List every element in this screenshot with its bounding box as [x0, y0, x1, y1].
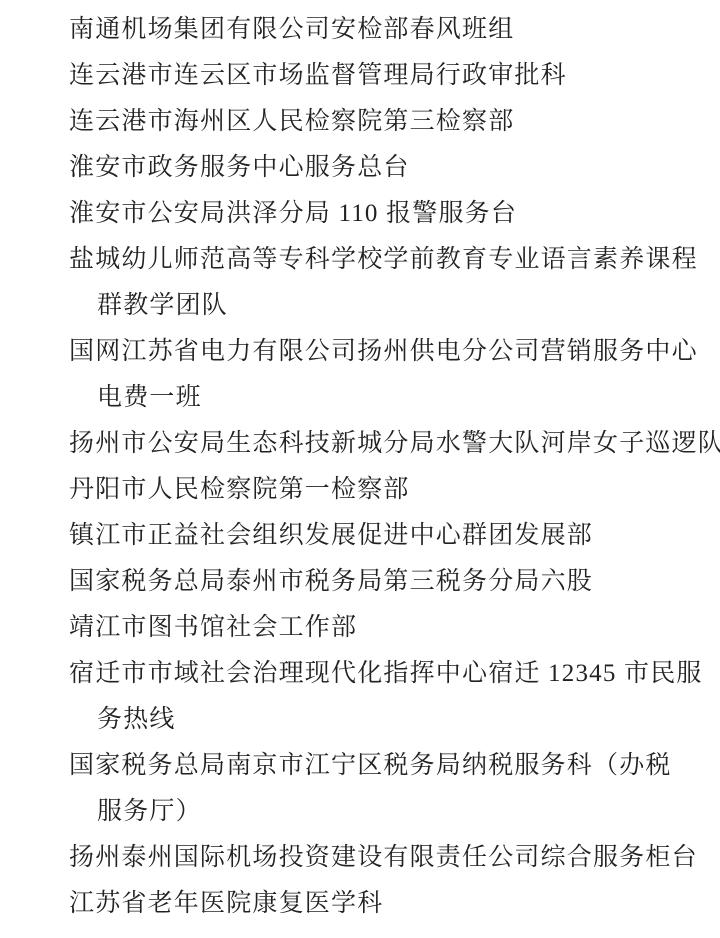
entry-line: 国家税务总局南京市江宁区税务局纳税服务科（办税 — [69, 743, 710, 789]
entry-line: 服务厅） — [97, 789, 710, 835]
entry-line: 江苏省老年医院康复医学科 — [69, 881, 710, 927]
document-page: 南通机场集团有限公司安检部春风班组连云港市连云区市场监督管理局行政审批科连云港市… — [0, 0, 720, 938]
entry-line: 丹阳市人民检察院第一检察部 — [69, 467, 710, 513]
entry: 江苏省老年医院康复医学科 — [69, 881, 710, 927]
entry-line: 宿迁市市域社会治理现代化指挥中心宿迁 12345 市民服 — [69, 651, 710, 697]
entry-line: 国家税务总局泰州市税务局第三税务分局六股 — [69, 559, 710, 605]
entry: 扬州市公安局生态科技新城分局水警大队河岸女子巡逻队 — [69, 421, 710, 467]
entry-line: 淮安市政务服务中心服务总台 — [69, 145, 710, 191]
entry: 淮安市政务服务中心服务总台 — [69, 145, 710, 191]
entry: 国家税务总局泰州市税务局第三税务分局六股 — [69, 559, 710, 605]
entry: 扬州泰州国际机场投资建设有限责任公司综合服务柜台 — [69, 835, 710, 881]
entry-line: 淮安市公安局洪泽分局 110 报警服务台 — [69, 191, 710, 237]
entry-line: 镇江市正益社会组织发展促进中心群团发展部 — [69, 513, 710, 559]
entry: 靖江市图书馆社会工作部 — [69, 605, 710, 651]
entry: 南通机场集团有限公司安检部春风班组 — [69, 7, 710, 53]
entry-line: 国网江苏省电力有限公司扬州供电分公司营销服务中心 — [69, 329, 710, 375]
entry: 连云港市连云区市场监督管理局行政审批科 — [69, 53, 710, 99]
entry: 国网江苏省电力有限公司扬州供电分公司营销服务中心电费一班 — [69, 329, 710, 421]
entry: 连云港市海州区人民检察院第三检察部 — [69, 99, 710, 145]
entry-line: 务热线 — [97, 697, 710, 743]
entry-list: 南通机场集团有限公司安检部春风班组连云港市连云区市场监督管理局行政审批科连云港市… — [69, 7, 710, 927]
entry-line: 扬州市公安局生态科技新城分局水警大队河岸女子巡逻队 — [69, 421, 710, 467]
entry: 盐城幼儿师范高等专科学校学前教育专业语言素养课程群教学团队 — [69, 237, 710, 329]
entry-line: 电费一班 — [97, 375, 710, 421]
entry: 淮安市公安局洪泽分局 110 报警服务台 — [69, 191, 710, 237]
entry-line: 靖江市图书馆社会工作部 — [69, 605, 710, 651]
entry-line: 扬州泰州国际机场投资建设有限责任公司综合服务柜台 — [69, 835, 710, 881]
entry-line: 连云港市连云区市场监督管理局行政审批科 — [69, 53, 710, 99]
entry-line: 南通机场集团有限公司安检部春风班组 — [69, 7, 710, 53]
entry: 国家税务总局南京市江宁区税务局纳税服务科（办税服务厅） — [69, 743, 710, 835]
entry-line: 盐城幼儿师范高等专科学校学前教育专业语言素养课程 — [69, 237, 710, 283]
entry: 镇江市正益社会组织发展促进中心群团发展部 — [69, 513, 710, 559]
entry-line: 群教学团队 — [97, 283, 710, 329]
entry: 丹阳市人民检察院第一检察部 — [69, 467, 710, 513]
entry-line: 连云港市海州区人民检察院第三检察部 — [69, 99, 710, 145]
entry: 宿迁市市域社会治理现代化指挥中心宿迁 12345 市民服务热线 — [69, 651, 710, 743]
